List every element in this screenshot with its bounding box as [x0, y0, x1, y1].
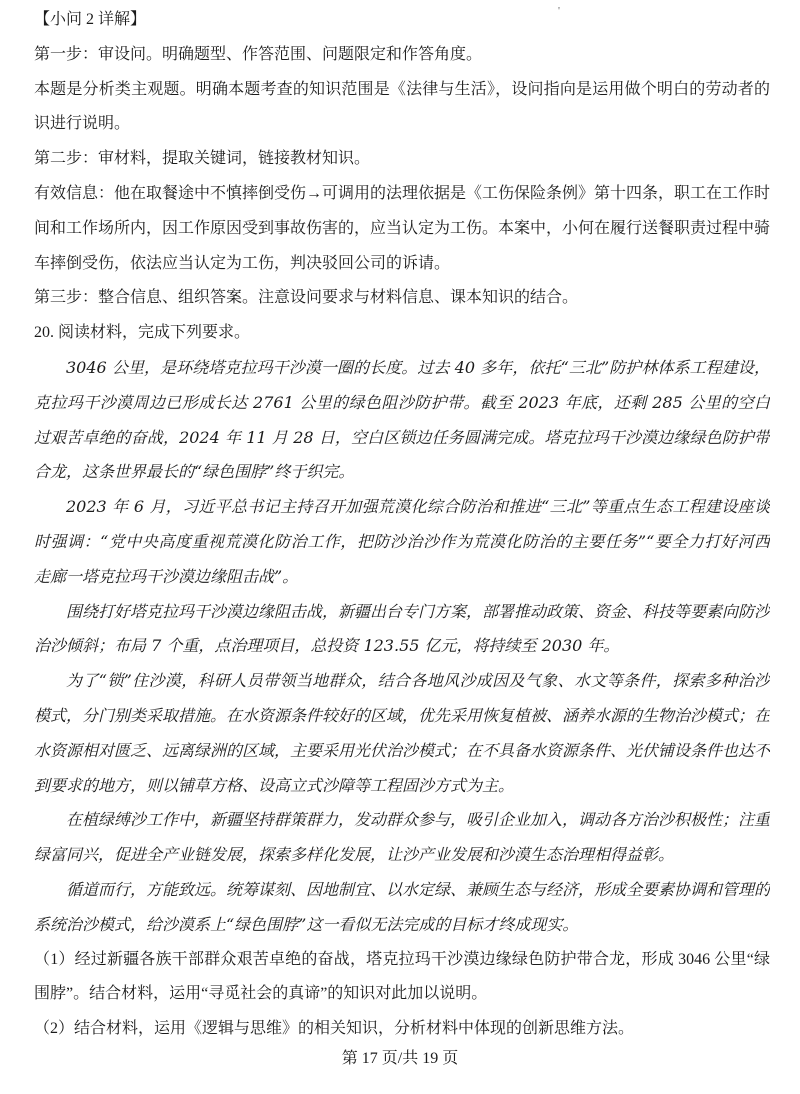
- doc-line: 20. 阅读材料，完成下列要求。: [34, 316, 770, 351]
- doc-line: 走廊一塔克拉玛干沙漠边缘阻击战”。: [34, 560, 770, 595]
- doc-line: 车摔倒受伤，依法应当认定为工伤，判决驳回公司的诉请。: [34, 247, 770, 282]
- doc-line: 3046 公里，是环绕塔克拉玛干沙漠一圈的长度。过去 40 多年，依托“三北”防…: [34, 351, 770, 386]
- doc-line: 围脖”。结合材料，运用“寻觅社会的真谛”的知识对此加以说明。: [34, 977, 770, 1012]
- doc-line: 【小问 2 详解】: [34, 3, 770, 38]
- subquestion-2: （2）结合材料，运用《逻辑与思维》的相关知识，分析材料中体现的创新思维方法。: [34, 1012, 770, 1047]
- step1-examine-question: 第一步：审设问。明确题型、作答范围、问题限定和作答角度。: [34, 38, 770, 73]
- doc-line: 间和工作场所内，因工作原因受到事故伤害的，应当认定为工伤。本案中，小何在履行送餐…: [34, 212, 770, 247]
- doc-line: 为了“锁”住沙漠，科研人员带领当地群众，结合各地风沙成因及气象、水文等条件，探索…: [34, 664, 770, 699]
- doc-line: 本题是分析类主观题。明确本题考查的知识范围是《法律与生活》，设问指向是运用做个明…: [34, 73, 770, 108]
- doc-line: 第二步：审材料，提取关键词，链接教材知识。: [34, 142, 770, 177]
- doc-line: 在植绿缚沙工作中，新疆坚持群策群力，发动群众参与，吸引企业加入，调动各方治沙积极…: [34, 803, 770, 838]
- doc-line: 绿富同兴，促进全产业链发展，探索多样化发展，让沙产业发展和沙漠生态治理相得益彰。: [34, 838, 770, 873]
- doc-line: 循道而行，方能致远。统筹谋刻、因地制宜、以水定绿、兼顾生态与经济，形成全要素协调…: [34, 873, 770, 908]
- stray-ink-mark: ': [558, 5, 560, 17]
- step2-examine-material: 第二步：审材料，提取关键词，链接教材知识。: [34, 142, 770, 177]
- step3-organize-answer: 第三步：整合信息、组织答案。注意设问要求与材料信息、课本知识的结合。: [34, 281, 770, 316]
- material-para-6: 循道而行，方能致远。统筹谋刻、因地制宜、以水定绿、兼顾生态与经济，形成全要素协调…: [34, 873, 770, 943]
- question-20-stem: 20. 阅读材料，完成下列要求。: [34, 316, 770, 351]
- doc-line: 系统治沙模式，给沙漠系上“绿色围脖”这一看似无法完成的目标才终成现实。: [34, 908, 770, 943]
- doc-line: （1）经过新疆各族干部群众艰苦卓绝的奋战，塔克拉玛干沙漠边缘绿色防护带合龙，形成…: [34, 943, 770, 978]
- page-number: 第 17 页/共 19 页: [0, 1049, 800, 1069]
- doc-line: 第一步：审设问。明确题型、作答范围、问题限定和作答角度。: [34, 38, 770, 73]
- material-para-1: 3046 公里，是环绕塔克拉玛干沙漠一圈的长度。过去 40 多年，依托“三北”防…: [34, 351, 770, 490]
- document-page: { "page": { "background": "#ffffff", "te…: [0, 0, 800, 1094]
- doc-line: 识进行说明。: [34, 107, 770, 142]
- doc-line: 第三步：整合信息、组织答案。注意设问要求与材料信息、课本知识的结合。: [34, 281, 770, 316]
- question-type-analysis: 本题是分析类主观题。明确本题考查的知识范围是《法律与生活》，设问指向是运用做个明…: [34, 73, 770, 143]
- doc-line: 时强调：“党中央高度重视荒漠化防治工作，把防沙治沙作为荒漠化防治的主要任务”“要…: [34, 525, 770, 560]
- material-para-5: 在植绿缚沙工作中，新疆坚持群策群力，发动群众参与，吸引企业加入，调动各方治沙积极…: [34, 803, 770, 873]
- material-para-2: 2023 年 6 月，习近平总书记主持召开加强荒漠化综合防治和推进“三北”等重点…: [34, 490, 770, 594]
- doc-line: 到要求的地方，则以铺草方格、设高立式沙障等工程固沙方式为主。: [34, 769, 770, 804]
- subquestion-1: （1）经过新疆各族干部群众艰苦卓绝的奋战，塔克拉玛干沙漠边缘绿色防护带合龙，形成…: [34, 943, 770, 1013]
- material-para-3: 围绕打好塔克拉玛干沙漠边缘阻击战，新疆出台专门方案，部署推动政策、资金、科技等要…: [34, 595, 770, 665]
- doc-line: 合龙，这条世界最长的“绿色围脖”终于织完。: [34, 455, 770, 490]
- doc-line: 围绕打好塔克拉玛干沙漠边缘阻击战，新疆出台专门方案，部署推动政策、资金、科技等要…: [34, 595, 770, 630]
- valid-information: 有效信息：他在取餐途中不慎摔倒受伤→可调用的法理依据是《工伤保险条例》第十四条，…: [34, 177, 770, 281]
- doc-line: 模式，分门别类采取措施。在水资源条件较好的区域，优先采用恢复植被、涵养水源的生物…: [34, 699, 770, 734]
- doc-line: 水资源相对匮乏、远离绿洲的区域，主要采用光伏治沙模式；在不具备水资源条件、光伏铺…: [34, 734, 770, 769]
- doc-line: 有效信息：他在取餐途中不慎摔倒受伤→可调用的法理依据是《工伤保险条例》第十四条，…: [34, 177, 770, 212]
- document-body: 【小问 2 详解】第一步：审设问。明确题型、作答范围、问题限定和作答角度。本题是…: [0, 0, 800, 1047]
- doc-line: 克拉玛干沙漠周边已形成长达 2761 公里的绿色阻沙防护带。截至 2023 年底…: [34, 386, 770, 421]
- subquestion2-detail-heading: 【小问 2 详解】: [34, 3, 770, 38]
- doc-line: 治沙倾斜；布局 7 个重，点治理项目，总投资 123.55 亿元，将持续至 20…: [34, 629, 770, 664]
- doc-line: （2）结合材料，运用《逻辑与思维》的相关知识，分析材料中体现的创新思维方法。: [34, 1012, 770, 1047]
- doc-line: 过艰苦卓绝的奋战，2024 年 11 月 28 日，空白区锁边任务圆满完成。塔克…: [34, 421, 770, 456]
- doc-line: 2023 年 6 月，习近平总书记主持召开加强荒漠化综合防治和推进“三北”等重点…: [34, 490, 770, 525]
- material-para-4: 为了“锁”住沙漠，科研人员带领当地群众，结合各地风沙成因及气象、水文等条件，探索…: [34, 664, 770, 803]
